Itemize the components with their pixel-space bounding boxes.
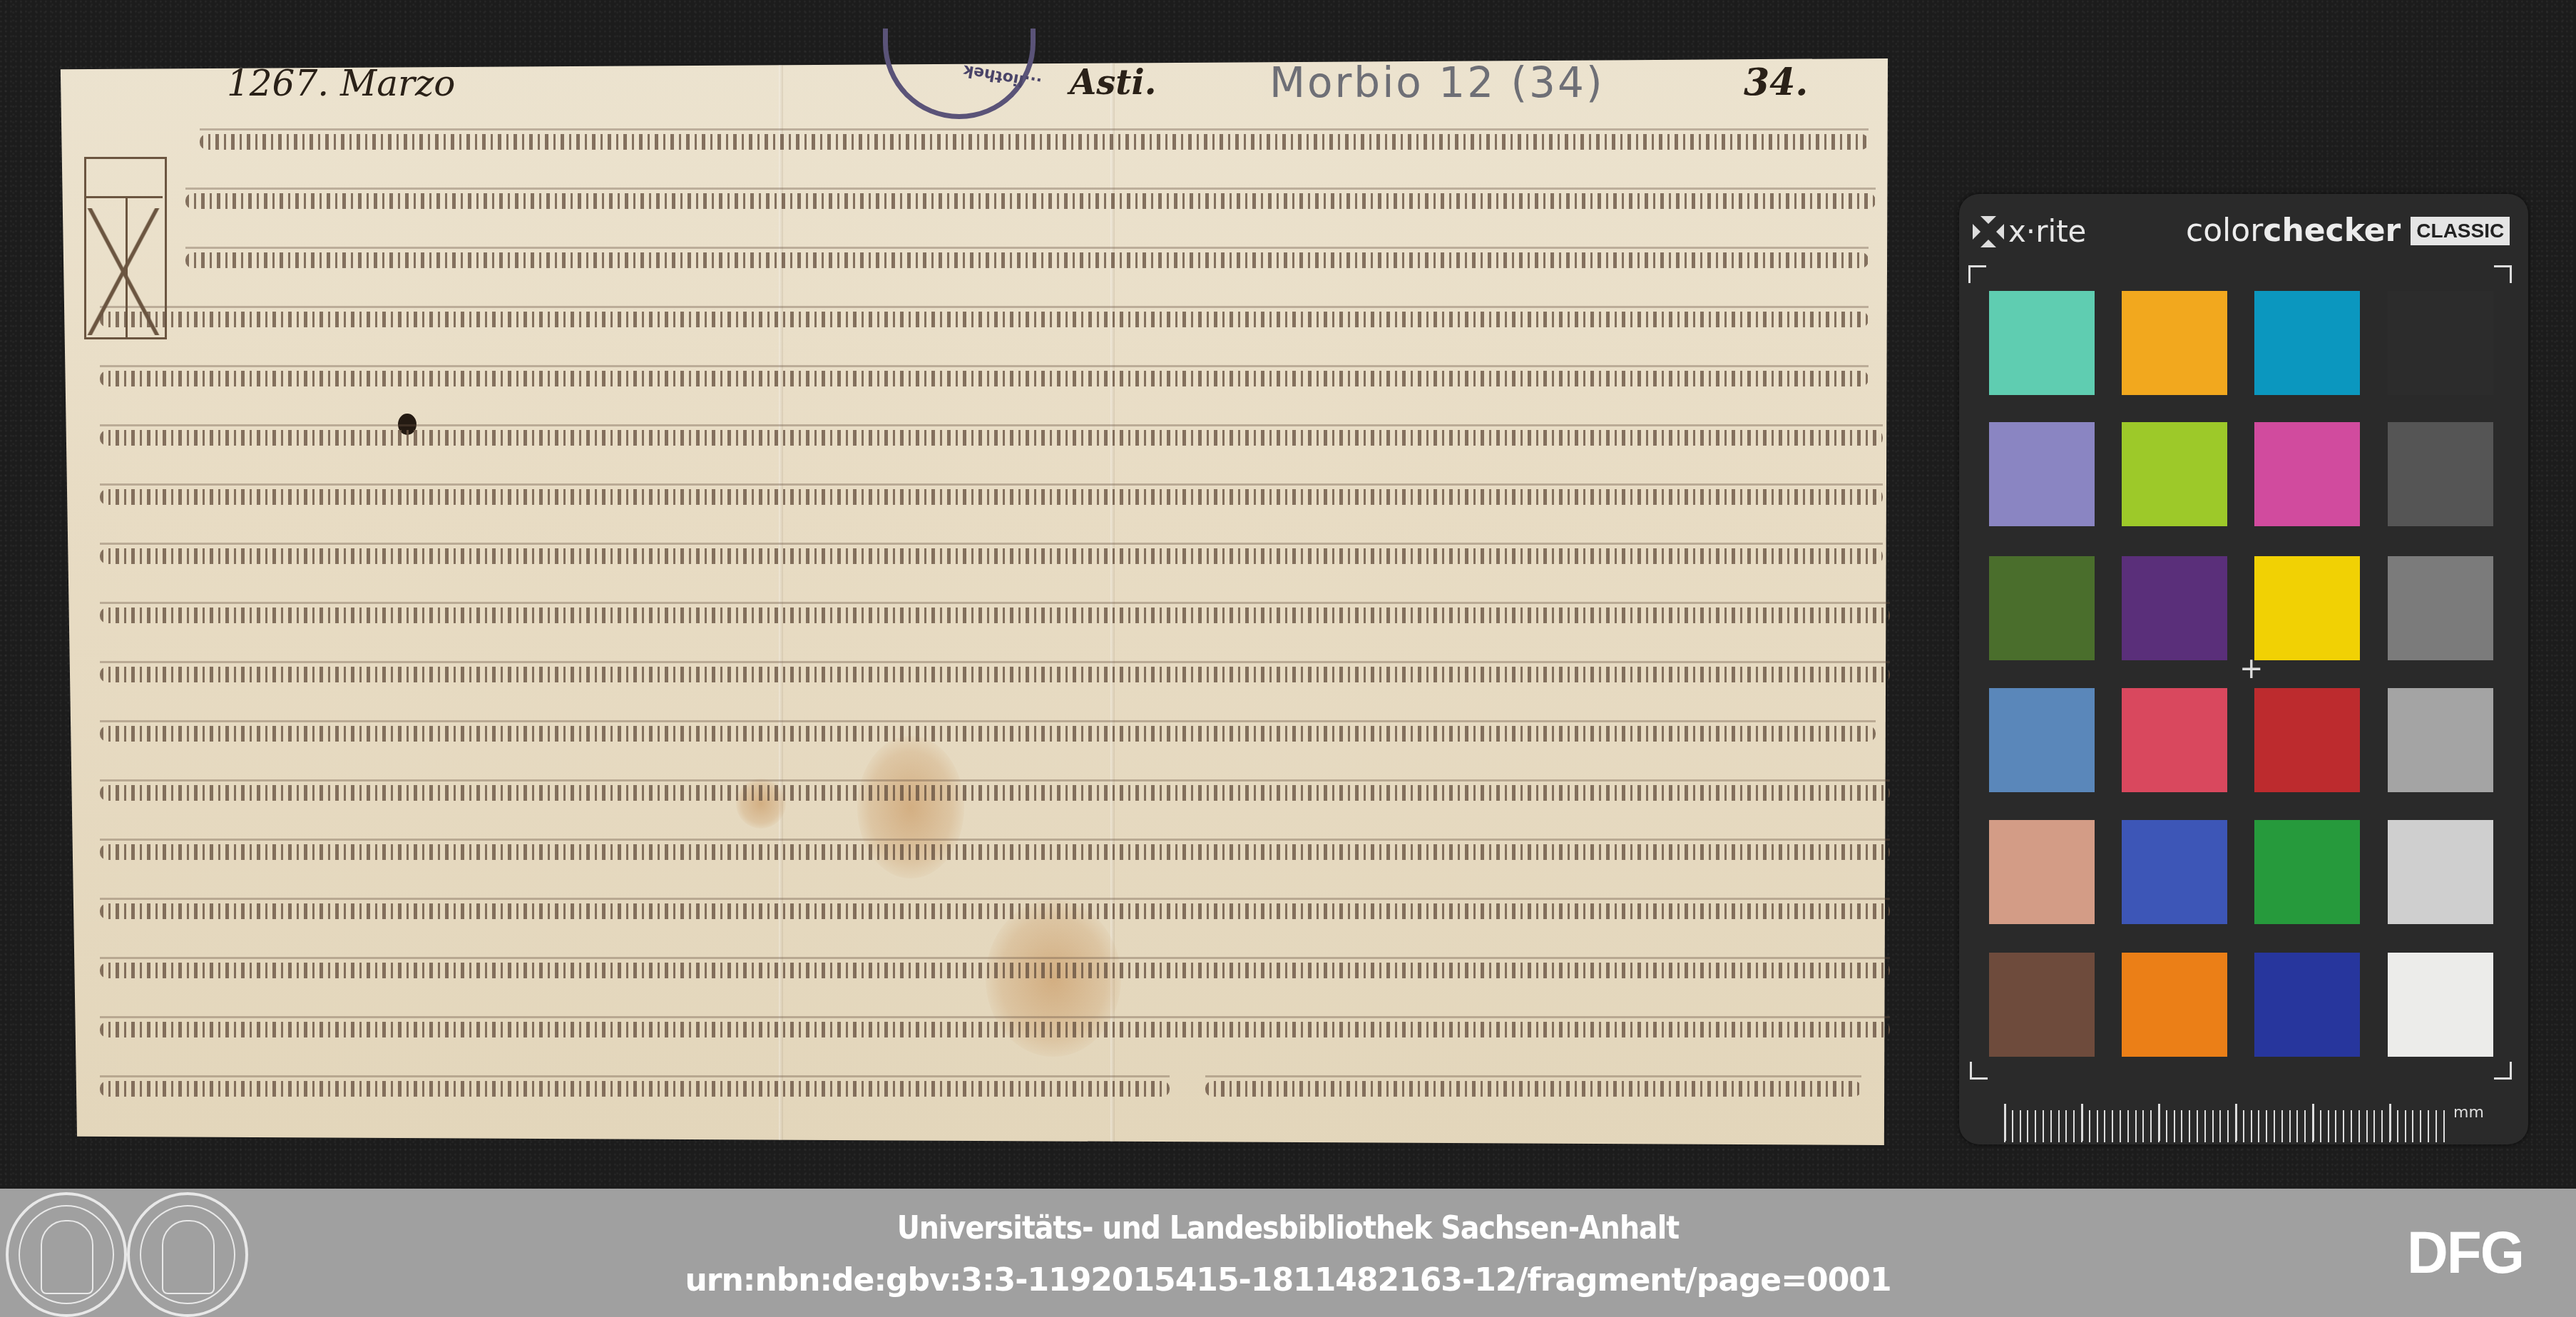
color-patch (1989, 953, 2095, 1057)
text-line (78, 772, 1876, 831)
color-patch (2388, 953, 2493, 1057)
handwritten-text-block (78, 121, 1876, 1127)
color-patch (2122, 820, 2227, 924)
colorchecker-title: colorchecker CLASSIC (2186, 212, 2510, 249)
text-line (78, 595, 1876, 654)
xrite-logo-icon (1974, 217, 2003, 246)
registration-mark-icon (2494, 1062, 2512, 1080)
text-line (78, 1068, 1876, 1127)
color-patch (2122, 953, 2227, 1057)
color-patch (1989, 820, 2095, 924)
registration-mark-icon (1968, 265, 1986, 283)
text-line (78, 180, 1876, 240)
color-patch (2254, 953, 2360, 1057)
text-line (78, 121, 1876, 180)
urn-identifier: urn:nbn:de:gbv:3:3-1192015415-1811482163… (0, 1262, 2576, 1298)
text-line (78, 299, 1876, 358)
color-patch (1989, 291, 2095, 395)
colorchecker-label-bold: checker (2263, 212, 2401, 249)
folio-number: 34. (1744, 61, 1808, 104)
crosshair-icon: + (2239, 655, 2264, 683)
mm-ruler-major-ticks (2004, 1104, 2446, 1141)
place-annotation: Asti. (1070, 63, 1156, 103)
text-line (78, 713, 1876, 772)
color-patch (2254, 422, 2360, 526)
xrite-brand: x·rite (1974, 214, 2086, 249)
color-patch (1989, 422, 2095, 526)
text-line (78, 476, 1876, 535)
text-line (78, 417, 1876, 476)
text-line (78, 831, 1876, 891)
color-patch (2254, 556, 2360, 660)
text-line (78, 950, 1876, 1009)
ruler-unit-label: mm (2453, 1104, 2484, 1122)
text-line (78, 240, 1876, 299)
registration-mark-icon (1970, 1062, 1988, 1080)
color-patch (2122, 556, 2227, 660)
color-patch (2254, 688, 2360, 792)
color-patch (2388, 291, 2493, 395)
color-patch (2388, 556, 2493, 660)
text-line (78, 1009, 1876, 1068)
text-line (78, 654, 1876, 713)
color-patch (2254, 291, 2360, 395)
text-line (78, 891, 1876, 950)
color-patch (2388, 820, 2493, 924)
color-patch (2388, 688, 2493, 792)
registration-mark-icon (2494, 265, 2512, 283)
classic-badge: CLASSIC (2411, 217, 2510, 245)
color-patch (2122, 688, 2227, 792)
color-patch (2122, 422, 2227, 526)
institution-name: Universitäts- und Landesbibliothek Sachs… (0, 1210, 2576, 1246)
color-patch (2388, 422, 2493, 526)
color-patch (2254, 820, 2360, 924)
dfg-logo: DFG (2407, 1219, 2523, 1288)
date-annotation: 1267. Marzo (227, 63, 455, 104)
pencil-shelfmark: Morbio 12 (34) (1269, 58, 1605, 107)
xrite-label: x·rite (2008, 214, 2086, 249)
colorchecker-label-light: color (2186, 212, 2263, 249)
color-patch (1989, 556, 2095, 660)
text-line (78, 358, 1876, 417)
color-patch (2122, 291, 2227, 395)
text-line (78, 535, 1876, 595)
color-patch (1989, 688, 2095, 792)
